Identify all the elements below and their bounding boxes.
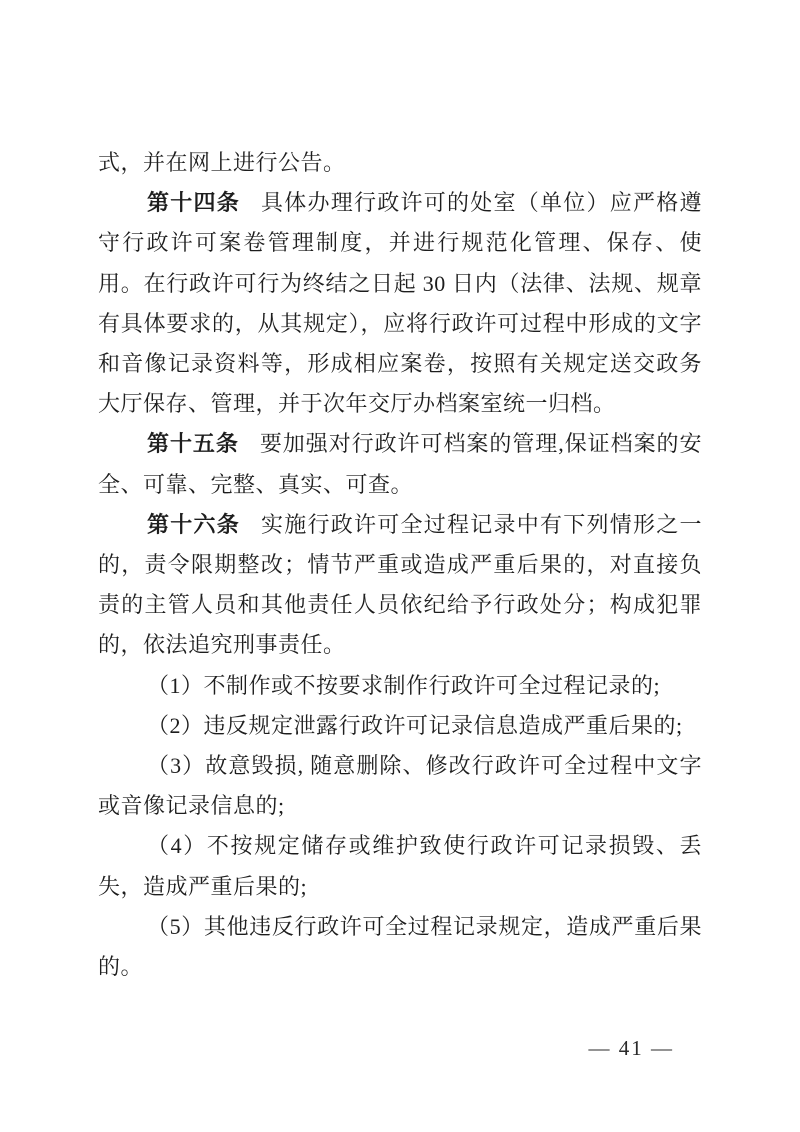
document-page: 式，并在网上进行公告。 第十四条具体办理行政许可的处室（单位）应严格遵守行政许可… <box>0 0 800 1132</box>
list-item-text: （1）不制作或不按要求制作行政许可全过程记录的; <box>147 673 660 698</box>
page-number: — 41 — <box>589 1035 675 1061</box>
paragraph-article-14: 第十四条具体办理行政许可的处室（单位）应严格遵守行政许可案卷管理制度，并进行规范… <box>98 183 702 424</box>
paragraph-article-16: 第十六条实施行政许可全过程记录中有下列情形之一的，责令限期整改；情节严重或造成严… <box>98 505 702 666</box>
list-item-text: （3）故意毁损, 随意删除、修改行政许可全过程中文字或音像记录信息的; <box>98 753 702 818</box>
article-number-15: 第十五条 <box>147 431 239 456</box>
document-body: 式，并在网上进行公告。 第十四条具体办理行政许可的处室（单位）应严格遵守行政许可… <box>98 143 702 987</box>
paragraph-article-15: 第十五条要加强对行政许可档案的管理,保证档案的安全、可靠、完整、真实、可查。 <box>98 424 702 504</box>
list-item-4: （4）不按规定储存或维护致使行政许可记录损毁、丢失，造成严重后果的; <box>98 826 702 906</box>
list-item-text: （5）其他违反行政许可全过程记录规定，造成严重后果的。 <box>98 914 702 979</box>
article-number-16: 第十六条 <box>147 512 240 537</box>
paragraph-text: 式，并在网上进行公告。 <box>98 150 346 175</box>
list-item-2: （2）违反规定泄露行政许可记录信息造成严重后果的; <box>98 706 702 746</box>
paragraph-continuation: 式，并在网上进行公告。 <box>98 143 702 183</box>
list-item-text: （4）不按规定储存或维护致使行政许可记录损毁、丢失，造成严重后果的; <box>98 833 702 898</box>
article-number-14: 第十四条 <box>147 190 240 215</box>
list-item-1: （1）不制作或不按要求制作行政许可全过程记录的; <box>98 666 702 706</box>
list-item-3: （3）故意毁损, 随意删除、修改行政许可全过程中文字或音像记录信息的; <box>98 746 702 826</box>
paragraph-text: 具体办理行政许可的处室（单位）应严格遵守行政许可案卷管理制度，并进行规范化管理、… <box>98 190 702 416</box>
list-item-5: （5）其他违反行政许可全过程记录规定，造成严重后果的。 <box>98 907 702 987</box>
list-item-text: （2）违反规定泄露行政许可记录信息造成严重后果的; <box>147 713 683 738</box>
